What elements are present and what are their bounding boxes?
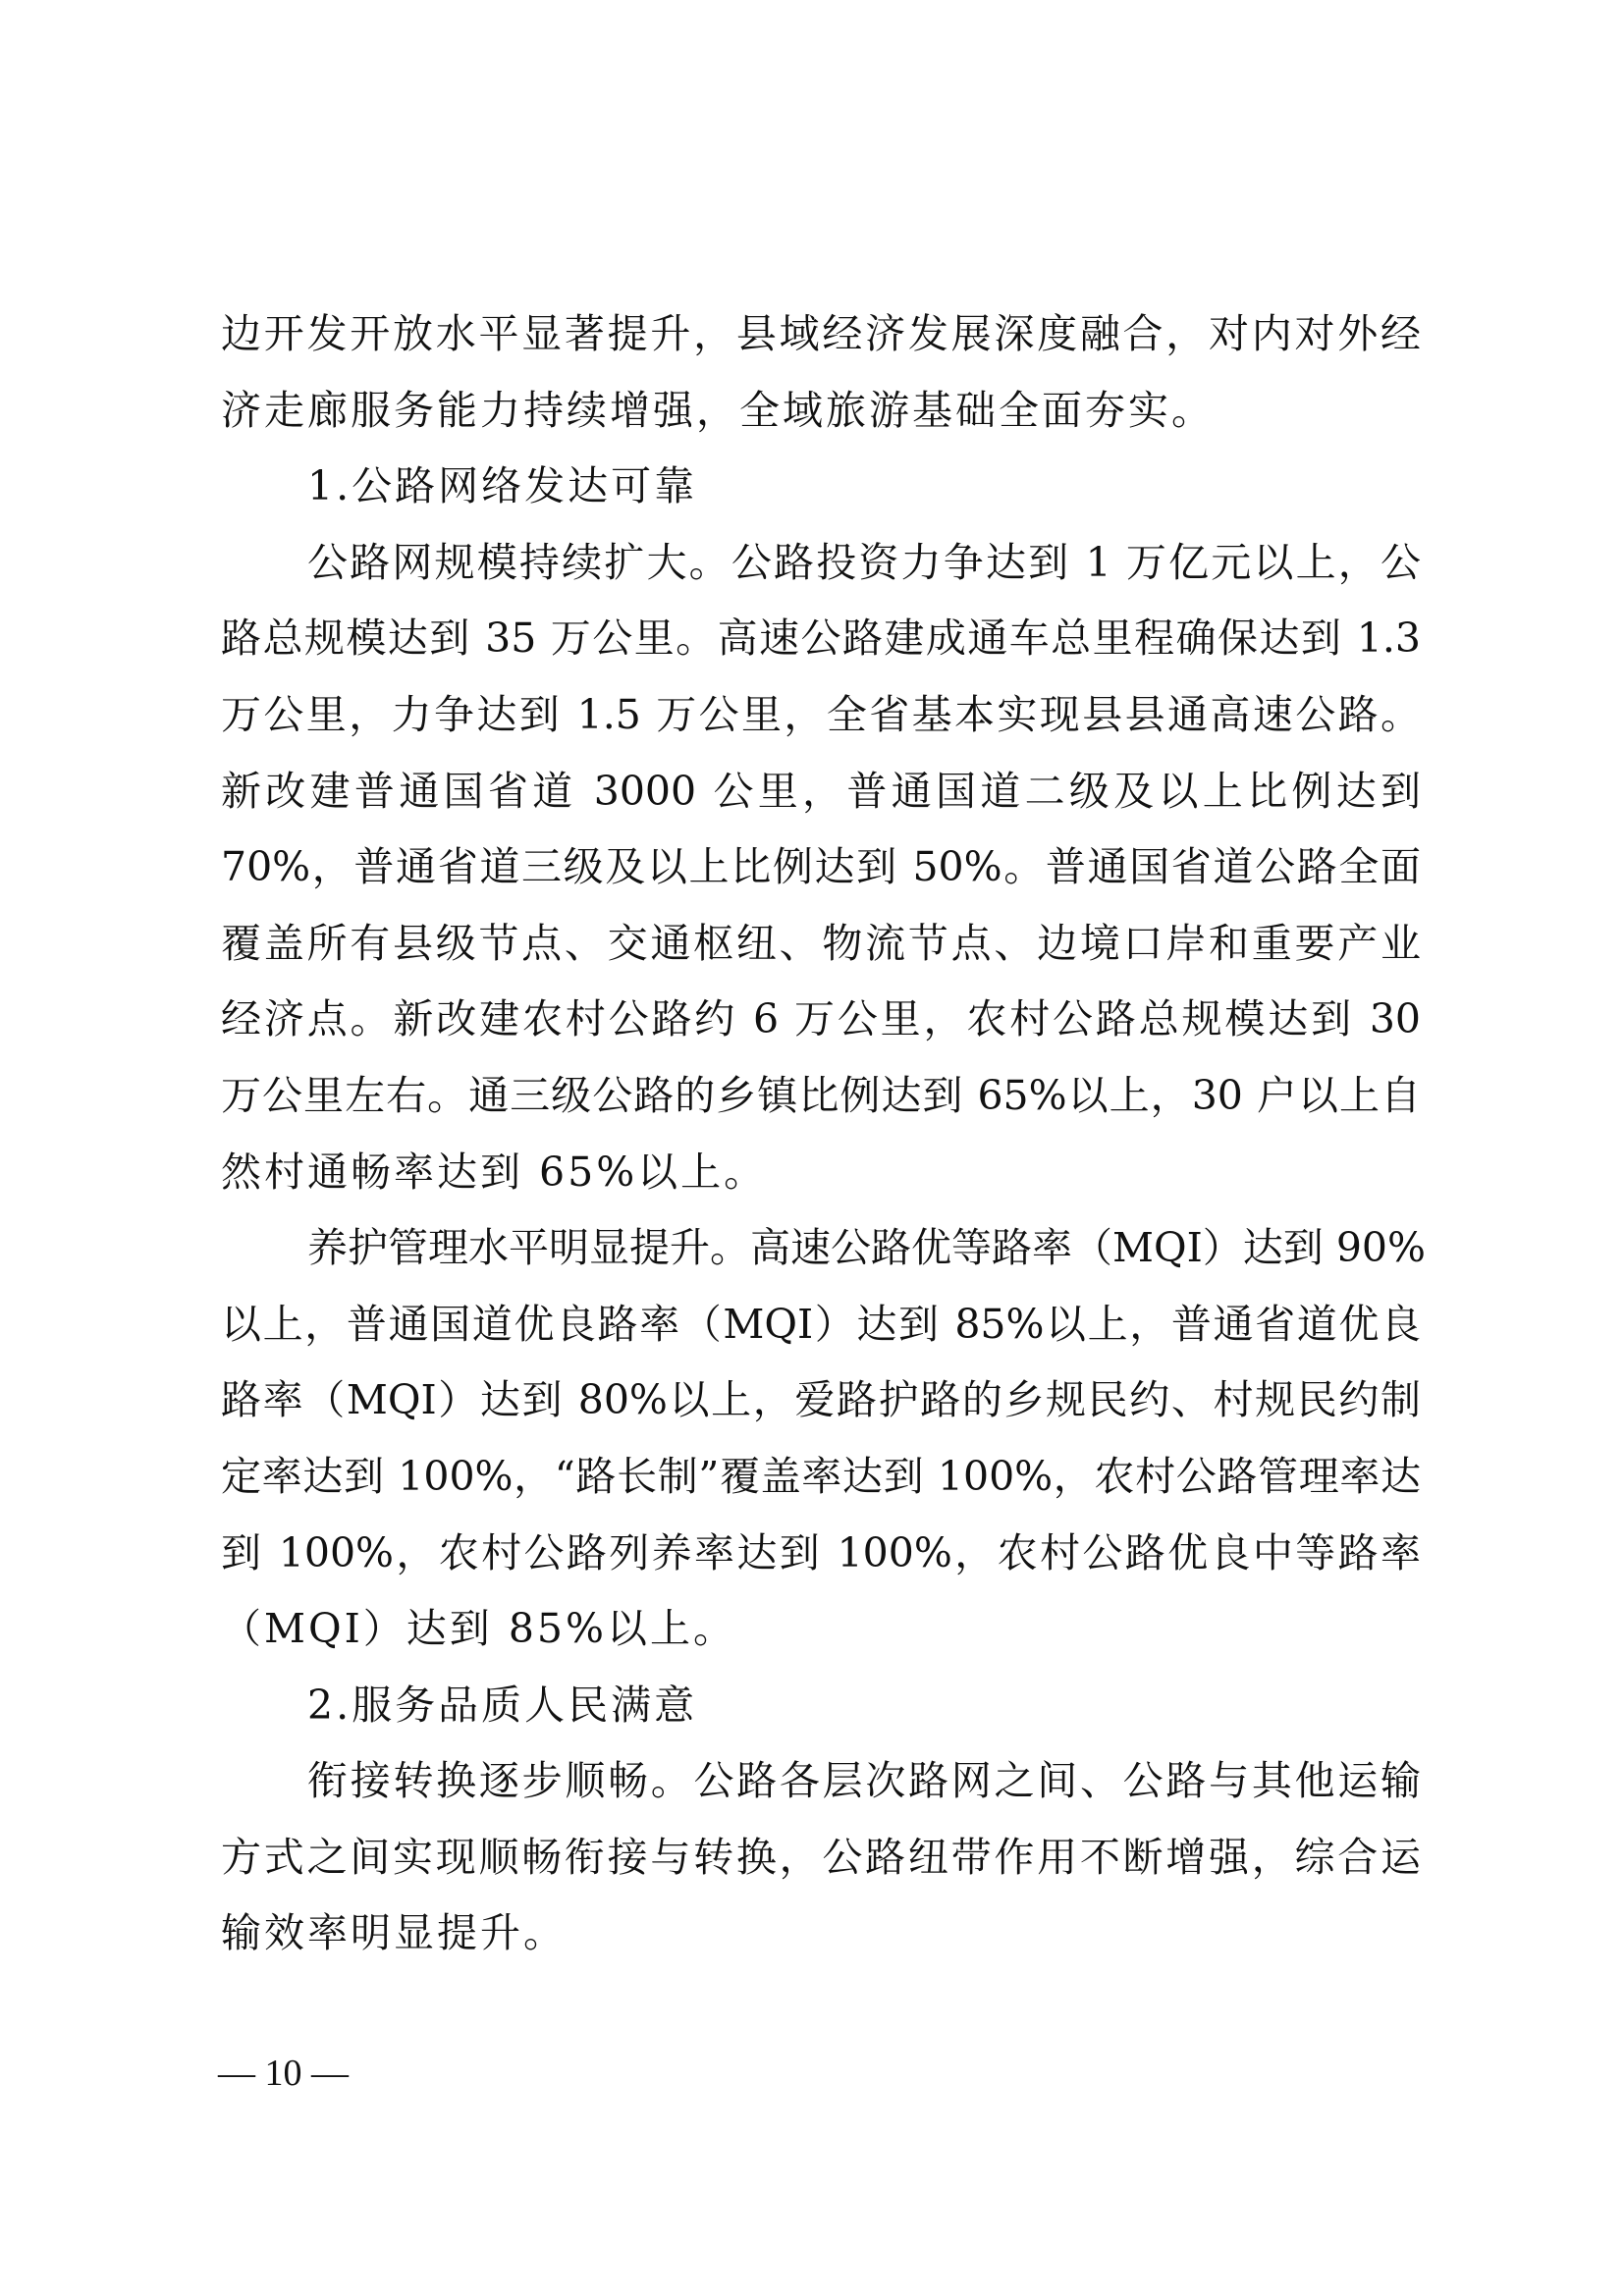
paragraph-line: 以上，普通国道优良路率（MQI）达到 85%以上，普通省道优良 [221, 1297, 1421, 1373]
paragraph-line: 公路网规模持续扩大。公路投资力争达到 1 万亿元以上，公 [221, 535, 1421, 612]
paragraph-line: 济走廊服务能力持续增强，全域旅游基础全面夯实。 [221, 383, 1421, 459]
paragraph-line: 覆盖所有县级节点、交通枢纽、物流节点、边境口岸和重要产业 [221, 916, 1421, 992]
paragraph-line: 新改建普通国省道 3000 公里，普通国道二级及以上比例达到 [221, 764, 1421, 840]
paragraph-line: 然村通畅率达到 65%以上。 [221, 1145, 1421, 1221]
section-heading-2: 2.服务品质人民满意 [221, 1678, 1421, 1754]
paragraph-line: 养护管理水平明显提升。高速公路优等路率（MQI）达到 90% [221, 1220, 1421, 1297]
paragraph-line: （MQI）达到 85%以上。 [221, 1601, 1421, 1678]
paragraph-line: 万公里，力争达到 1.5 万公里，全省基本实现县县通高速公路。 [221, 687, 1421, 764]
paragraph-line: 路总规模达到 35 万公里。高速公路建成通车总里程确保达到 1.3 [221, 611, 1421, 687]
paragraph-line: 方式之间实现顺畅衔接与转换，公路纽带作用不断增强，综合运 [221, 1830, 1421, 1906]
paragraph-line: 边开发开放水平显著提升，县域经济发展深度融合，对内对外经 [221, 306, 1421, 383]
paragraph-line: 70%，普通省道三级及以上比例达到 50%。普通国省道公路全面 [221, 839, 1421, 916]
paragraph-line: 经济点。新改建农村公路约 6 万公里，农村公路总规模达到 30 [221, 991, 1421, 1068]
paragraph-line: 路率（MQI）达到 80%以上，爱路护路的乡规民约、村规民约制 [221, 1372, 1421, 1449]
paragraph-line: 到 100%，农村公路列养率达到 100%，农村公路优良中等路率 [221, 1525, 1421, 1602]
paragraph-line: 衔接转换逐步顺畅。公路各层次路网之间、公路与其他运输 [221, 1753, 1421, 1830]
paragraph-line: 定率达到 100%，“路长制”覆盖率达到 100%，农村公路管理率达 [221, 1449, 1421, 1525]
paragraph-line: 万公里左右。通三级公路的乡镇比例达到 65%以上，30 户以上自 [221, 1068, 1421, 1145]
section-heading-1: 1.公路网络发达可靠 [221, 458, 1421, 535]
page-number: — 10 — [218, 2052, 349, 2095]
document-page-body: 边开发开放水平显著提升，县域经济发展深度融合，对内对外经 济走廊服务能力持续增强… [221, 306, 1421, 1982]
paragraph-line: 输效率明显提升。 [221, 1905, 1421, 1982]
